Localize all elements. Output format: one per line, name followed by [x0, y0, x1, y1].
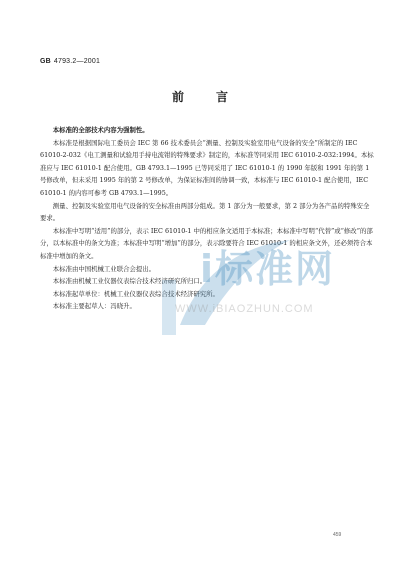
paragraph-mandatory: 本标准的全部技术内容为强制性。	[40, 124, 374, 137]
watermark-url: WWW.iBIAOZHUN.COM	[175, 303, 314, 315]
paragraph-basis: 本标准是根据国际电工委员会 IEC 第 66 技术委员会“测量、控制及实验室用电…	[40, 137, 374, 200]
title-char-1: 前	[172, 88, 184, 105]
page-number: 459	[333, 532, 341, 538]
standard-code: 4793.2—2001	[54, 58, 100, 65]
title-char-2: 言	[216, 88, 228, 105]
standard-prefix: GB	[40, 58, 51, 65]
paragraph-structure: 测量、控制及实验室用电气设备的安全标准由两部分组成。第 1 部分为一般要求，第 …	[40, 200, 374, 225]
page-title: 前言	[0, 88, 400, 105]
standard-number: GB4793.2—2001	[40, 58, 100, 65]
watermark-text: i标准网	[200, 238, 335, 293]
